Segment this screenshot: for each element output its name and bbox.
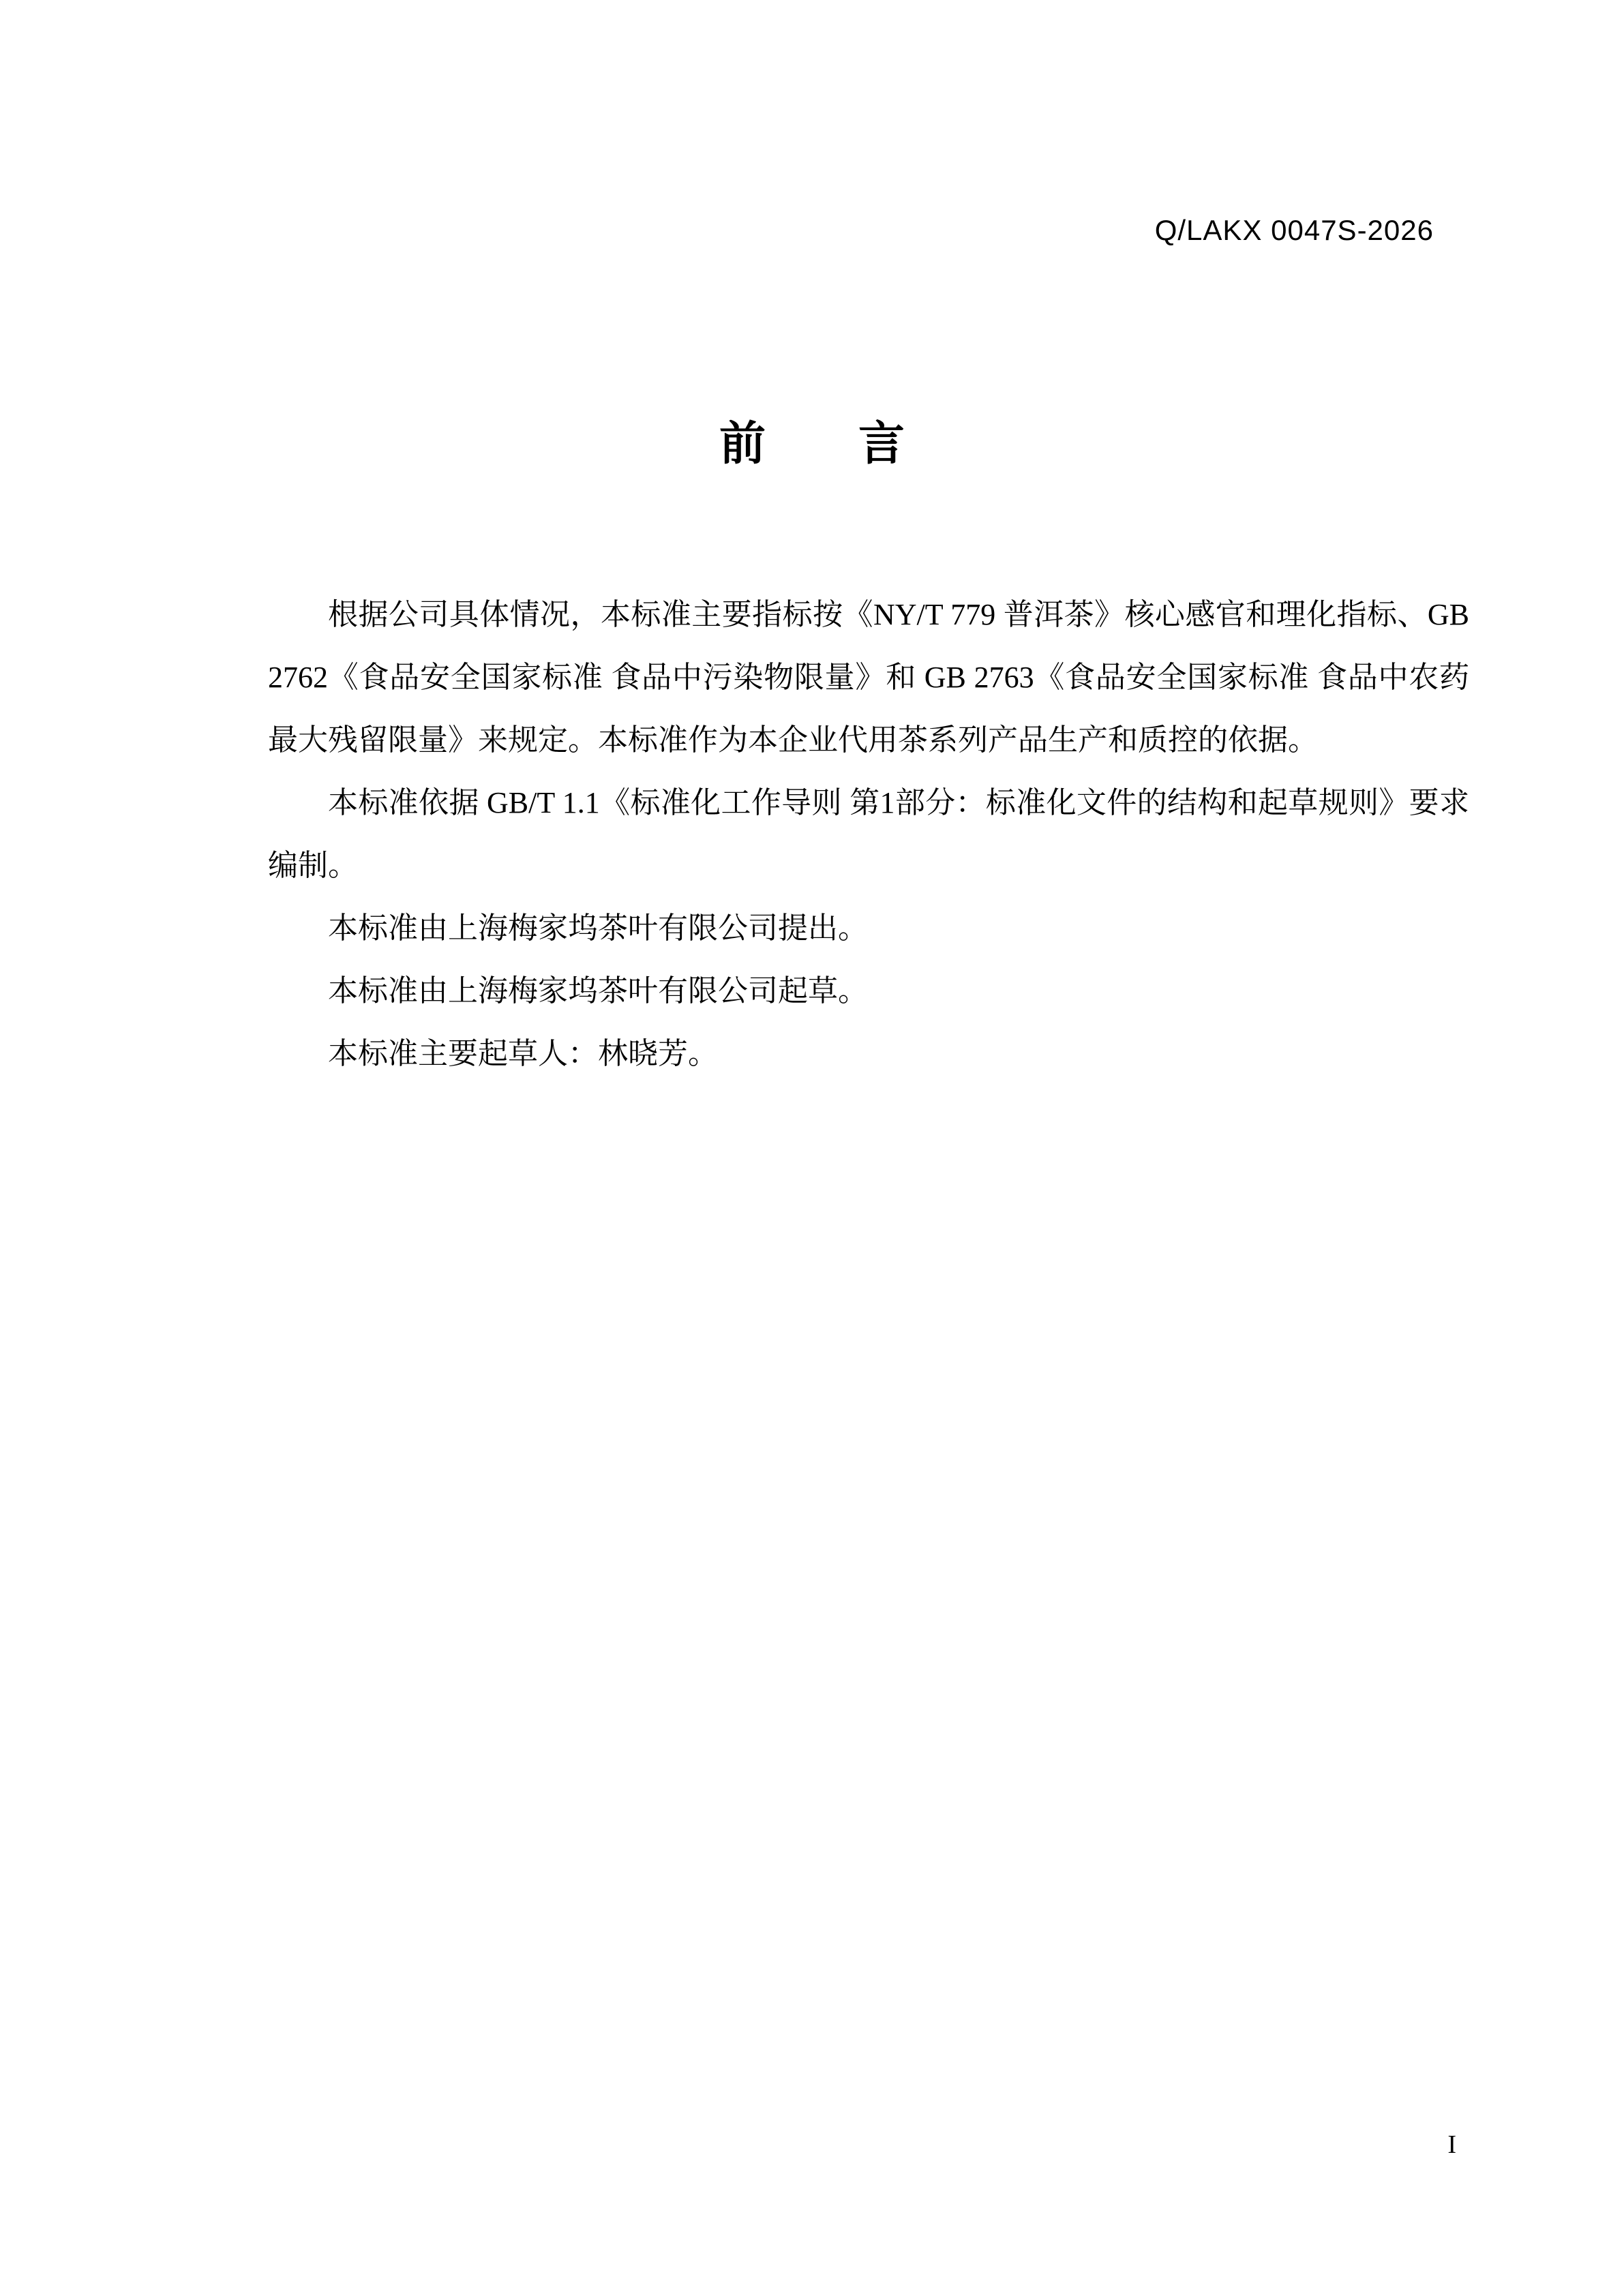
- foreword-body: 根据公司具体情况，本标准主要指标按《NY/T 779 普洱茶》核心感官和理化指标…: [268, 584, 1469, 1085]
- page-number: I: [1447, 2131, 1456, 2158]
- foreword-paragraph: 本标准依据 GB/T 1.1《标准化工作导则 第1部分：标准化文件的结构和起草规…: [268, 772, 1469, 897]
- standard-code: Q/LAKX 0047S-2026: [0, 215, 1434, 245]
- page-title: 前 言: [0, 416, 1624, 472]
- foreword-paragraph: 本标准由上海梅家坞茶叶有限公司起草。: [268, 960, 1469, 1023]
- foreword-paragraph: 本标准主要起草人：林晓芳。: [268, 1023, 1469, 1085]
- foreword-paragraph: 根据公司具体情况，本标准主要指标按《NY/T 779 普洱茶》核心感官和理化指标…: [268, 584, 1469, 772]
- foreword-paragraph: 本标准由上海梅家坞茶叶有限公司提出。: [268, 897, 1469, 960]
- document-page: Q/LAKX 0047S-2026 前 言 根据公司具体情况，本标准主要指标按《…: [0, 0, 1624, 2296]
